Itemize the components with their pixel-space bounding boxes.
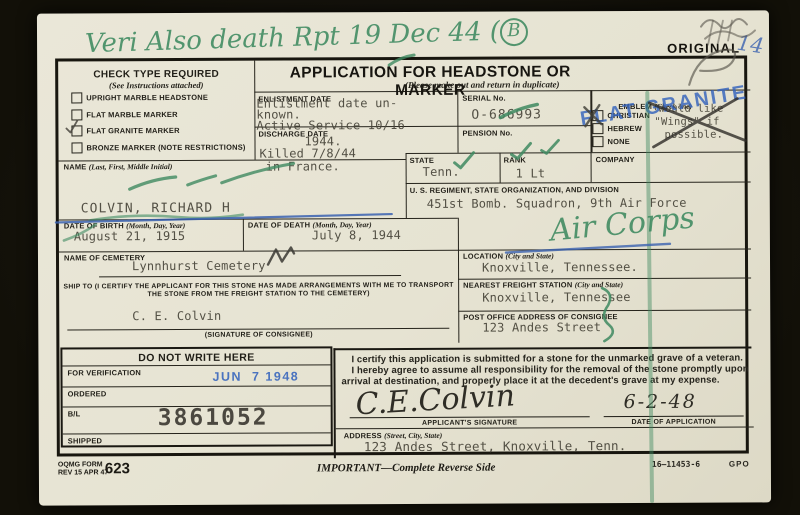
checkbox-flat-granite [71, 125, 82, 136]
divider [59, 248, 751, 252]
for-verification-label: FOR VERIFICATION [67, 368, 141, 377]
gpo-label: GPO [729, 459, 750, 468]
consignee-value: C. E. Colvin [132, 309, 221, 323]
birth-value: August 21, 1915 [74, 229, 185, 243]
divider [500, 153, 501, 183]
form-paper: Veri Also death Rpt 19 Dec 44 (B ORIGINA… [37, 10, 771, 505]
emblem-note: possible. [664, 129, 723, 141]
name-value: COLVIN, RICHARD H [81, 201, 231, 217]
cemetery-value: Lynnhurst Cemetery [132, 259, 266, 274]
pencil-scribble [701, 19, 747, 28]
checkbox-none [592, 136, 603, 147]
company-label: COMPANY [596, 155, 635, 164]
signature-of-consignee-caption: (SIGNATURE OF CONSIGNEE) [59, 331, 458, 340]
bl-number-stamp: 3861052 [158, 405, 269, 431]
state-label: STATE [410, 156, 435, 165]
freight-label: NEAREST FREIGHT STATION (City and State) [463, 280, 623, 290]
original-label: ORIGINAL [667, 41, 740, 56]
ordered-label: ORDERED [68, 389, 107, 398]
certification-section: I certify this application is submitted … [333, 346, 751, 458]
serial-value: O-686993 [471, 107, 542, 122]
ship-to-label: THE STONE FROM THE FREIGHT STATION TO TH… [59, 290, 458, 299]
checkbox-flat-marble-label: FLAT MARBLE MARKER [86, 110, 177, 119]
scan-background: Veri Also death Rpt 19 Dec 44 (B ORIGINA… [0, 0, 800, 515]
discharge-label: DISCHARGE DATE [258, 129, 328, 138]
rank-value: 1 Lt [516, 166, 546, 180]
do-not-write-heading: DO NOT WRITE HERE [62, 351, 330, 364]
verification-date-stamp: JUN 7 1948 [212, 369, 299, 383]
name-label: NAME (Last, First, Middle Initial) [64, 162, 173, 171]
divider [406, 181, 751, 184]
divider [457, 91, 458, 153]
form-number: 623 [105, 460, 130, 477]
do-not-write-box: DO NOT WRITE HERE FOR VERIFICATION JUN 7… [60, 346, 332, 447]
date-rule [604, 416, 744, 418]
date-of-application-caption: DATE OF APPLICATION [604, 419, 744, 427]
applicant-signature-caption: APPLICANT'S SIGNATURE [350, 419, 590, 427]
divider [63, 385, 331, 387]
checkbox-none-label: NONE [607, 137, 630, 146]
checkbox-bronze [71, 142, 82, 153]
state-value: Tenn. [423, 165, 460, 179]
checkbox-bronze-label: BRONZE MARKER (NOTE RESTRICTIONS) [86, 143, 245, 153]
form-code: OQMG FORM [58, 461, 103, 468]
discharge-value: in France. [266, 159, 340, 173]
address-value: 123 Andes Street, Knoxville, Tenn. [364, 438, 627, 454]
print-code: 16—11453-6 [652, 460, 700, 469]
divider [243, 219, 244, 251]
checkbox-upright-marble [71, 92, 82, 103]
divider [406, 151, 751, 154]
post-office-value: 123 Andes Street [482, 320, 601, 335]
blue-corner-mark: 14 [735, 31, 765, 59]
serial-label: SERIAL No. [462, 94, 506, 103]
important-note: IMPORTANT—Complete Reverse Side [317, 462, 495, 475]
divider [63, 432, 331, 434]
form-revision: REV 15 APR 47 [58, 469, 108, 476]
divider [406, 153, 407, 218]
rank-label: RANK [504, 155, 527, 164]
circled-letter: B [500, 18, 529, 47]
headstone-application-form: CHECK TYPE REQUIRED (See Instructions at… [55, 56, 749, 457]
handwritten-top-note: Veri Also death Rpt 19 Dec 44 (B [85, 16, 529, 60]
divider [591, 152, 592, 182]
freight-value: Knoxville, Tennessee [482, 290, 631, 305]
bl-label: B/L [68, 409, 81, 418]
location-value: Knoxville, Tennessee. [482, 260, 638, 275]
pension-label: PENSION No. [462, 129, 512, 138]
regiment-label: U. S. REGIMENT, STATE ORGANIZATION, AND … [410, 185, 619, 195]
divider [458, 218, 460, 343]
form-subtitle: (Please make out and return in duplicate… [354, 79, 610, 90]
location-label: LOCATION (City and State) [463, 251, 554, 260]
check-type-heading: CHECK TYPE REQUIRED [58, 69, 254, 81]
checkbox-upright-marble-label: UPRIGHT MARBLE HEADSTONE [86, 93, 208, 103]
check-type-subheading: (See Instructions attached) [58, 80, 254, 91]
divider [62, 364, 330, 366]
entry-rule [99, 275, 401, 277]
shipped-label: SHIPPED [68, 436, 102, 445]
checkbox-flat-granite-label: FLAT GRANITE MARKER [86, 126, 179, 135]
application-date: 6-2-48 [624, 391, 697, 413]
signature-rule [350, 416, 590, 418]
death-value: July 8, 1944 [312, 228, 401, 242]
checkbox-flat-marble [71, 109, 82, 120]
